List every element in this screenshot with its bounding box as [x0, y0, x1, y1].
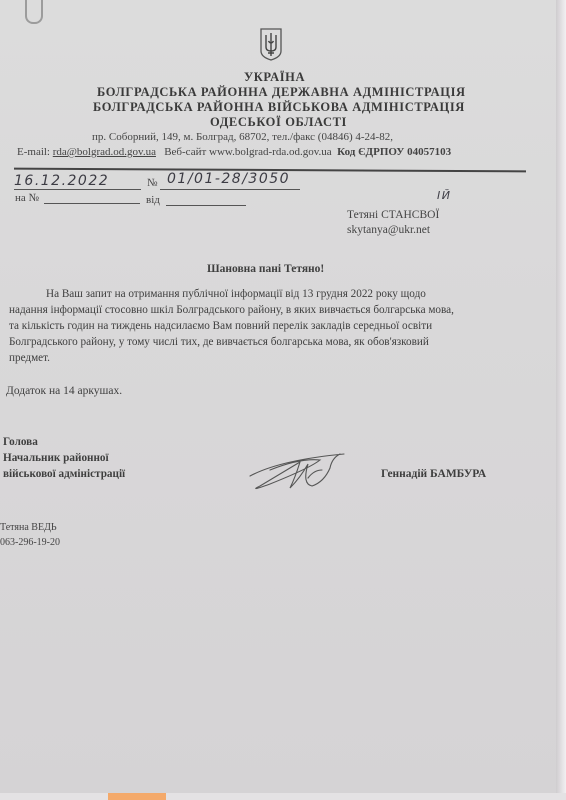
- edrpou-code: 04057103: [407, 146, 451, 158]
- paragraph-line-4: Болградського району, у тому числі тих, …: [9, 336, 429, 348]
- paperclip-icon: [25, 0, 43, 24]
- region-name: ОДЕСЬКОЇ ОБЛАСТІ: [210, 115, 347, 130]
- reply-from-field: [166, 205, 246, 206]
- reply-to-label: на №: [15, 192, 39, 204]
- salutation: Шановна пані Тетяно!: [207, 263, 324, 275]
- reply-from-label: від: [146, 194, 160, 206]
- executor-name: Тетяна ВЕДЬ: [0, 522, 57, 533]
- handwritten-signature-icon: [240, 448, 352, 498]
- edrpou-label: Код ЄДРПОУ: [337, 146, 404, 158]
- bottom-strip: [0, 793, 566, 800]
- org-line-2: БОЛГРАДСЬКА РАЙОННА ВІЙСЬКОВА АДМІНІСТРА…: [93, 100, 465, 115]
- email-label: E-mail:: [17, 146, 50, 158]
- signer-title-line-1: Голова: [3, 436, 38, 448]
- signer-title-line-3: військової адміністрації: [3, 468, 125, 480]
- paragraph-line-3: та кількість годин на тиждень надсилаємо…: [9, 320, 432, 332]
- date-underline: [14, 189, 141, 190]
- trident-emblem-icon: [259, 27, 283, 61]
- outgoing-number: 01/01-28/3050: [167, 171, 290, 187]
- org-line-1: БОЛГРАДСЬКА РАЙОННА ДЕРЖАВНА АДМІНІСТРАЦ…: [97, 85, 466, 100]
- paragraph-line-1: На Ваш запит на отримання публічної інфо…: [46, 288, 426, 300]
- recipient-name: Тетяні СТАНСВОЇ: [347, 209, 439, 221]
- number-label: №: [147, 177, 158, 189]
- contacts-line: E-mail: rda@bolgrad.od.gov.ua Веб-сайт w…: [17, 146, 451, 158]
- reply-to-field: [44, 203, 140, 204]
- attachment-note: Додаток на 14 аркушах.: [6, 385, 122, 397]
- website-label: Веб-сайт: [164, 146, 206, 158]
- paragraph-line-5: предмет.: [9, 352, 50, 364]
- handwritten-correction: ІЙ: [437, 189, 451, 202]
- number-underline: [160, 189, 300, 190]
- signer-name: Геннадій БАМБУРА: [381, 468, 486, 480]
- paragraph-line-2: надання інформації стосовно шкіл Болград…: [9, 304, 454, 316]
- orange-tab-marker: [108, 793, 166, 800]
- letter-page: УКРАЇНА БОЛГРАДСЬКА РАЙОННА ДЕРЖАВНА АДМ…: [0, 0, 556, 793]
- recipient-email: skytanya@ukr.net: [347, 224, 430, 236]
- executor-phone: 063-296-19-20: [0, 537, 60, 548]
- signer-title-line-2: Начальник районної: [3, 452, 109, 464]
- page-edge: [556, 0, 566, 793]
- website-link[interactable]: www.bolgrad-rda.od.gov.ua: [209, 146, 332, 158]
- outgoing-date: 16.12.2022: [14, 173, 109, 189]
- email-link[interactable]: rda@bolgrad.od.gov.ua: [53, 146, 156, 158]
- address: пр. Соборний, 149, м. Болград, 68702, те…: [92, 131, 393, 143]
- country-name: УКРАЇНА: [244, 70, 305, 85]
